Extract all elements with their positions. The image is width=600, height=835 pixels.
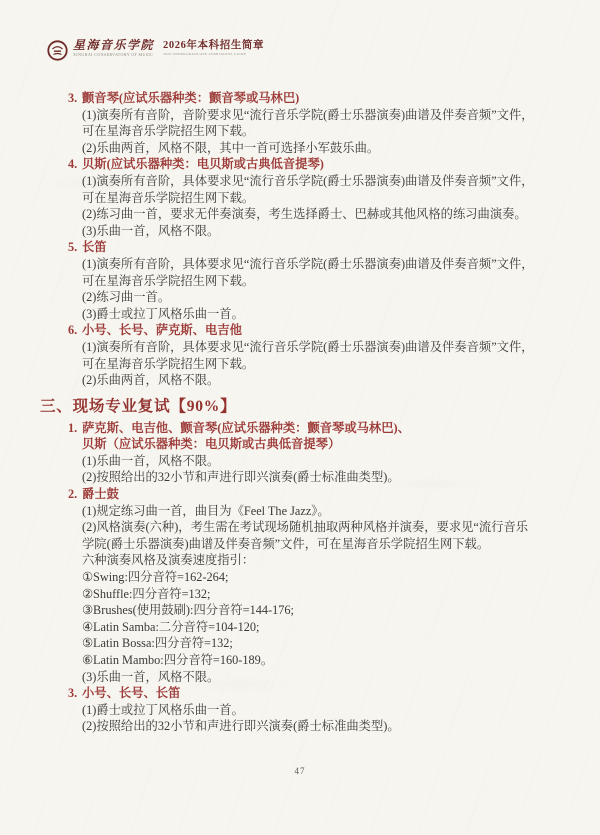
list-item: 5. 长笛 (1)演奏所有音阶，具体要求见“流行音乐学院(爵士乐器演奏)曲谱及伴… xyxy=(68,239,540,322)
paragraph: (1)演奏所有音阶，具体要求见“流行音乐学院(爵士乐器演奏)曲谱及伴奏音频”文件… xyxy=(82,339,540,372)
tempo-line: ③Brushes(使用鼓刷):四分音符=144-176; xyxy=(82,602,540,619)
item-heading: 3. 小号、长号、长笛 xyxy=(68,685,540,702)
tempo-line: ⑥Latin Mambo:四分音符=160-189。 xyxy=(82,652,540,669)
paragraph: (2)按照给出的32小节和声进行即兴演奏(爵士标准曲类型)。 xyxy=(82,469,540,486)
school-name-block: 星海音乐学院 XINGHAI CONSERVATORY OF MUSIC xyxy=(73,39,154,57)
item-number: 3. xyxy=(68,685,82,702)
list-item: 4. 贝斯(应试乐器种类：电贝斯或古典低音提琴) (1)演奏所有音阶，具体要求见… xyxy=(68,156,540,239)
list-item: 3. 小号、长号、长笛 (1)爵士或拉丁风格乐曲一首。 (2)按照给出的32小节… xyxy=(68,685,540,735)
paragraph: (1)乐曲一首，风格不限。 xyxy=(82,453,540,470)
paragraph: (1)演奏所有音阶，具体要求见“流行音乐学院(爵士乐器演奏)曲谱及伴奏音频”文件… xyxy=(82,256,540,289)
item-heading: 5. 长笛 xyxy=(68,239,540,256)
tempo-line: ①Swing:四分音符=162-264; xyxy=(82,569,540,586)
doc-title-en: 2026 UNDERGRADUATE ADMISSIONS GUIDE xyxy=(163,52,264,57)
item-heading: 4. 贝斯(应试乐器种类：电贝斯或古典低音提琴) xyxy=(68,156,540,173)
item-heading: 1. 萨克斯、电吉他、颤音琴(应试乐器种类：颤音琴或马林巴)、 贝斯（应试乐器种… xyxy=(68,420,540,453)
item-title: 贝斯(应试乐器种类：电贝斯或古典低音提琴) xyxy=(82,156,540,173)
school-name-en: XINGHAI CONSERVATORY OF MUSIC xyxy=(73,52,154,57)
paragraph: 六种演奏风格及演奏速度指引： xyxy=(82,552,540,569)
school-seal-icon xyxy=(47,40,68,61)
paragraph: (3)爵士或拉丁风格乐曲一首。 xyxy=(82,306,540,323)
item-heading: 2. 爵士鼓 xyxy=(68,486,540,503)
page-number: 47 xyxy=(0,766,600,776)
school-name: 星海音乐学院 xyxy=(73,39,154,52)
page-header: 星海音乐学院 XINGHAI CONSERVATORY OF MUSIC 202… xyxy=(47,39,264,61)
tempo-line: ⑤Latin Bossa:四分音符=132; xyxy=(82,635,540,652)
item-number: 2. xyxy=(68,486,82,503)
tempo-line: ②Shuffle:四分音符=132; xyxy=(82,586,540,603)
item-title-line1: 萨克斯、电吉他、颤音琴(应试乐器种类：颤音琴或马林巴)、 xyxy=(82,420,540,437)
item-title: 爵士鼓 xyxy=(82,486,540,503)
item-title: 长笛 xyxy=(82,239,540,256)
item-number: 6. xyxy=(68,322,82,339)
tempo-line: ④Latin Samba:二分音符=104-120; xyxy=(82,619,540,636)
paragraph: (1)爵士或拉丁风格乐曲一首。 xyxy=(82,702,540,719)
document-body: 3. 颤音琴(应试乐器种类：颤音琴或马林巴) (1)演奏所有音阶，音阶要求见“流… xyxy=(68,90,540,735)
item-number: 5. xyxy=(68,239,82,256)
item-number: 4. xyxy=(68,156,82,173)
paragraph: (1)演奏所有音阶，具体要求见“流行音乐学院(爵士乐器演奏)曲谱及伴奏音频”文件… xyxy=(82,173,540,206)
item-title: 颤音琴(应试乐器种类：颤音琴或马林巴) xyxy=(82,90,540,107)
list-item: 6. 小号、长号、萨克斯、电吉他 (1)演奏所有音阶，具体要求见“流行音乐学院(… xyxy=(68,322,540,388)
item-number: 3. xyxy=(68,90,82,107)
item-heading: 6. 小号、长号、萨克斯、电吉他 xyxy=(68,322,540,339)
item-title: 小号、长号、长笛 xyxy=(82,685,540,702)
item-heading: 3. 颤音琴(应试乐器种类：颤音琴或马林巴) xyxy=(68,90,540,107)
paragraph: (2)风格演奏(六种)，考生需在考试现场随机抽取两种风格并演奏，要求见“流行音乐… xyxy=(82,519,540,552)
paragraph: (2)乐曲两首，风格不限，其中一首可选择小军鼓乐曲。 xyxy=(82,140,540,157)
paragraph: (2)练习曲一首。 xyxy=(82,289,540,306)
paragraph: (2)按照给出的32小节和声进行即兴演奏(爵士标准曲类型)。 xyxy=(82,718,540,735)
paragraph: (1)规定练习曲一首，曲目为《Feel The Jazz》。 xyxy=(82,503,540,520)
list-item: 1. 萨克斯、电吉他、颤音琴(应试乐器种类：颤音琴或马林巴)、 贝斯（应试乐器种… xyxy=(68,420,540,486)
paragraph: (2)练习曲一首，要求无伴奏演奏，考生选择爵士、巴赫或其他风格的练习曲演奏。 xyxy=(82,206,540,223)
doc-title-block: 2026年本科招生简章 2026 UNDERGRADUATE ADMISSION… xyxy=(163,40,264,57)
paragraph: (1)演奏所有音阶，音阶要求见“流行音乐学院(爵士乐器演奏)曲谱及伴奏音频”文件… xyxy=(82,107,540,140)
paragraph: (3)乐曲一首，风格不限。 xyxy=(82,669,540,686)
item-title: 小号、长号、萨克斯、电吉他 xyxy=(82,322,540,339)
list-item: 3. 颤音琴(应试乐器种类：颤音琴或马林巴) (1)演奏所有音阶，音阶要求见“流… xyxy=(68,90,540,156)
list-item: 2. 爵士鼓 (1)规定练习曲一首，曲目为《Feel The Jazz》。 (2… xyxy=(68,486,540,685)
section-title: 三、现场专业复试【90%】 xyxy=(40,396,540,417)
doc-title: 2026年本科招生简章 xyxy=(163,40,264,52)
item-number: 1. xyxy=(68,420,82,453)
paragraph: (3)乐曲一首，风格不限。 xyxy=(82,223,540,240)
item-title-line2: 贝斯（应试乐器种类：电贝斯或古典低音提琴） xyxy=(82,436,540,453)
paragraph: (2)乐曲两首，风格不限。 xyxy=(82,372,540,389)
